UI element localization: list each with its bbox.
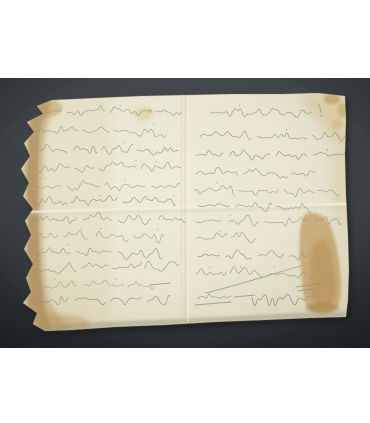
- ink-dot: [115, 279, 116, 280]
- ink-dot: [135, 160, 136, 161]
- ink-dot: [173, 195, 174, 196]
- top-right-spot-1: [324, 94, 340, 104]
- ink-dot: [45, 178, 46, 179]
- ink-dot: [286, 129, 287, 130]
- ink-dot: [81, 228, 82, 229]
- ink-dot: [39, 260, 40, 261]
- ink-dot: [219, 231, 220, 232]
- ink-dot: [327, 149, 328, 150]
- letter-photo: [0, 0, 370, 423]
- ink-dot: [317, 267, 318, 268]
- exclamation-dot: [321, 115, 323, 117]
- ink-dot: [125, 179, 126, 180]
- top-center-spot-dot: [148, 109, 153, 113]
- vertical-fold-highlight: [188, 96, 189, 322]
- ink-dot: [120, 105, 121, 106]
- ink-dot: [153, 123, 154, 124]
- ink-dot: [123, 142, 124, 143]
- ink-dot: [156, 161, 157, 162]
- ink-dot: [67, 244, 68, 245]
- vertical-fold-shadow: [185, 96, 186, 322]
- ink-dot: [100, 228, 101, 229]
- ink-dot: [55, 279, 56, 280]
- right-stain-rim: [305, 303, 339, 313]
- vertical-fold-wide-shadow: [181, 96, 182, 322]
- screenshot-canvas: [0, 0, 370, 423]
- ink-dot: [157, 229, 158, 230]
- ink-dot: [216, 182, 217, 183]
- top-right-spot-3: [331, 119, 343, 129]
- ink-dot: [273, 266, 274, 267]
- ink-dot: [209, 267, 210, 268]
- ink-dot: [100, 195, 101, 196]
- ink-dot: [240, 267, 241, 268]
- ink-dot: [230, 215, 231, 216]
- ink-dot: [239, 105, 240, 106]
- ink-dot: [328, 128, 329, 129]
